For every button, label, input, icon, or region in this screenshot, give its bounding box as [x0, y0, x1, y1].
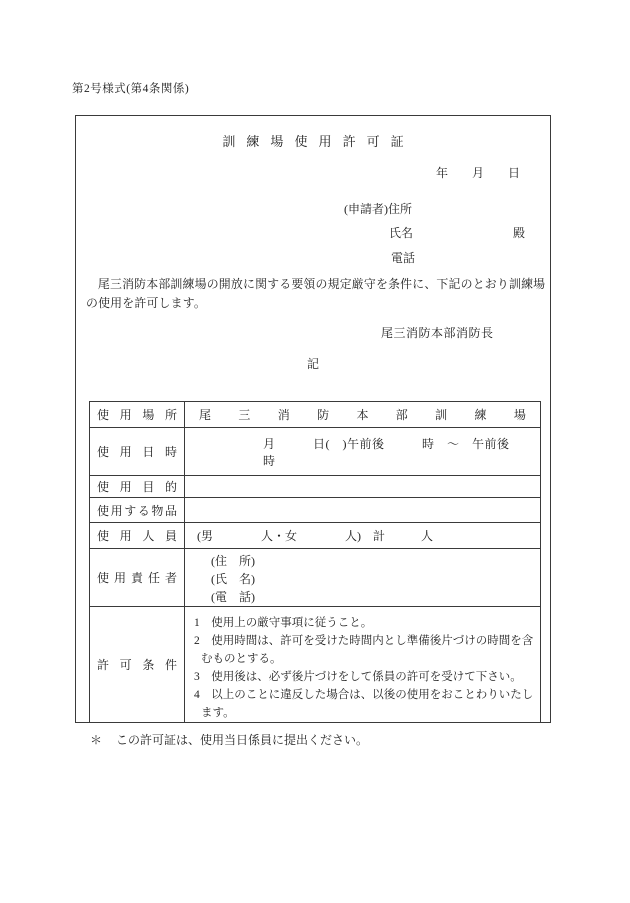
condition-item-2: 2 使用時間は、許可を受けた時間内とし準備後片づけの時間を含むものとする。 — [194, 632, 538, 668]
row-label-text: 使用人員 — [97, 527, 177, 544]
permit-title: 訓練場使用許可証 — [76, 131, 550, 150]
footnote: ＊この許可証は、使用当日係員に提出ください。 — [90, 731, 368, 748]
form-number-label: 第2号様式(第4条関係) — [72, 80, 189, 96]
table-row-datetime: 使用日時 月 日( )午前後 時 ～ 午前後 時 — [90, 428, 541, 476]
row-label-text: 使用する物品 — [97, 502, 177, 519]
row-value-conditions: 1 使用上の厳守事項に従うこと。 2 使用時間は、許可を受けた時間内とし準備後片… — [185, 607, 541, 723]
applicant-name-label: 氏名 — [389, 224, 413, 241]
row-label-text: 使用場所 — [97, 406, 177, 423]
row-label-people: 使用人員 — [90, 523, 185, 549]
issuer-title: 尾三消防本部消防長 — [381, 324, 494, 341]
row-value-purpose — [185, 476, 541, 498]
document-page: 第2号様式(第4条関係) 訓練場使用許可証 年 月 日 (申請者)住所 氏名 殿… — [0, 0, 630, 903]
row-label-responsible: 使用責任者 — [90, 549, 185, 607]
ki-heading: 記 — [76, 355, 550, 372]
row-value-items — [185, 498, 541, 523]
row-value-people: (男 人・女 人) 計 人 — [185, 523, 541, 549]
row-label-items: 使用する物品 — [90, 498, 185, 523]
row-label-place: 使用場所 — [90, 402, 185, 428]
table-row-responsible: 使用責任者 (住 所) (氏 名) (電 話) — [90, 549, 541, 607]
row-label-datetime: 使用日時 — [90, 428, 185, 476]
row-value-text: 月 日( )午前後 時 ～ 午前後 時 — [185, 435, 540, 469]
applicant-address-label: (申請者)住所 — [344, 200, 412, 217]
condition-item-3: 3 使用後は、必ず後片づけをして係員の許可を受けて下さい。 — [194, 668, 538, 686]
table-row-conditions: 許可条件 1 使用上の厳守事項に従うこと。 2 使用時間は、許可を受けた時間内と… — [90, 607, 541, 723]
permit-table: 使用場所 尾三消防本部訓練場 使用日時 月 日( )午前後 時 ～ 午前後 時 … — [89, 401, 541, 723]
date-line: 年 月 日 — [436, 164, 520, 181]
row-label-text: 使用日時 — [97, 443, 177, 460]
table-row-items: 使用する物品 — [90, 498, 541, 523]
condition-item-1: 1 使用上の厳守事項に従うこと。 — [194, 614, 538, 632]
row-label-conditions: 許可条件 — [90, 607, 185, 723]
permit-box: 訓練場使用許可証 年 月 日 (申請者)住所 氏名 殿 電話 尾三消防本部訓練場… — [75, 115, 551, 723]
row-label-text: 使用目的 — [97, 478, 177, 495]
row-value-responsible: (住 所) (氏 名) (電 話) — [185, 549, 541, 607]
applicant-honorific: 殿 — [513, 224, 525, 241]
row-value-text: 尾三消防本部訓練場 — [185, 406, 540, 423]
row-label-purpose: 使用目的 — [90, 476, 185, 498]
responsible-phone-line: (電 話) — [211, 588, 536, 606]
permit-body-text: 尾三消防本部訓練場の開放に関する要領の規定厳守を条件に、下記のとおり訓練場の使用… — [86, 275, 552, 313]
responsible-address-line: (住 所) — [211, 552, 536, 570]
table-row-purpose: 使用目的 — [90, 476, 541, 498]
row-value-text: (男 人・女 人) 計 人 — [185, 527, 540, 544]
applicant-phone-label: 電話 — [391, 249, 415, 266]
table-row-people: 使用人員 (男 人・女 人) 計 人 — [90, 523, 541, 549]
table-row-place: 使用場所 尾三消防本部訓練場 — [90, 402, 541, 428]
footnote-asterisk: ＊ — [90, 733, 102, 747]
responsible-name-line: (氏 名) — [211, 570, 536, 588]
row-label-text: 許可条件 — [97, 656, 177, 673]
row-value-datetime: 月 日( )午前後 時 ～ 午前後 時 — [185, 428, 541, 476]
row-label-text: 使用責任者 — [97, 569, 177, 586]
condition-item-4: 4 以上のことに違反した場合は、以後の使用をおことわりいたします。 — [194, 686, 538, 722]
row-value-place: 尾三消防本部訓練場 — [185, 402, 541, 428]
footnote-text: この許可証は、使用当日係員に提出ください。 — [116, 733, 368, 747]
